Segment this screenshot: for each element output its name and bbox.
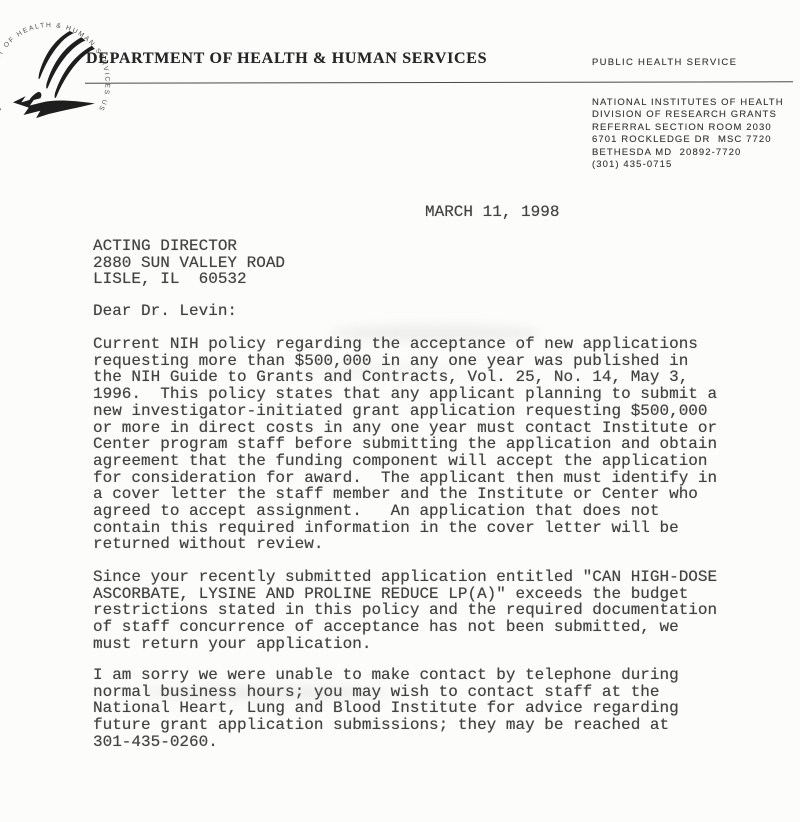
recipient-address-block: ACTING DIRECTOR 2880 SUN VALLEY ROAD LIS… [93,238,285,288]
letter-page: DEPARTMENT OF HEALTH & HUMAN SERVICES US… [0,0,800,822]
salutation: Dear Dr. Levin: [93,303,237,320]
letterhead-address-block: NATIONAL INSTITUTES OF HEALTH DIVISION O… [592,97,784,171]
eagle-glyph [13,31,95,118]
department-title: DEPARTMENT OF HEALTH & HUMAN SERVICES [86,50,487,68]
letter-date: MARCH 11, 1998 [425,204,559,221]
paragraph-application-returned: Since your recently submitted applicatio… [93,569,717,653]
paragraph-nih-policy: Current NIH policy regarding the accepta… [93,336,717,553]
hhs-eagle-logo: DEPARTMENT OF HEALTH & HUMAN SERVICES US… [0,10,118,136]
public-health-service-label: PUBLIC HEALTH SERVICE [592,57,737,68]
letterhead-divider [85,81,793,83]
paragraph-contact-info: I am sorry we were unable to make contac… [93,667,679,751]
